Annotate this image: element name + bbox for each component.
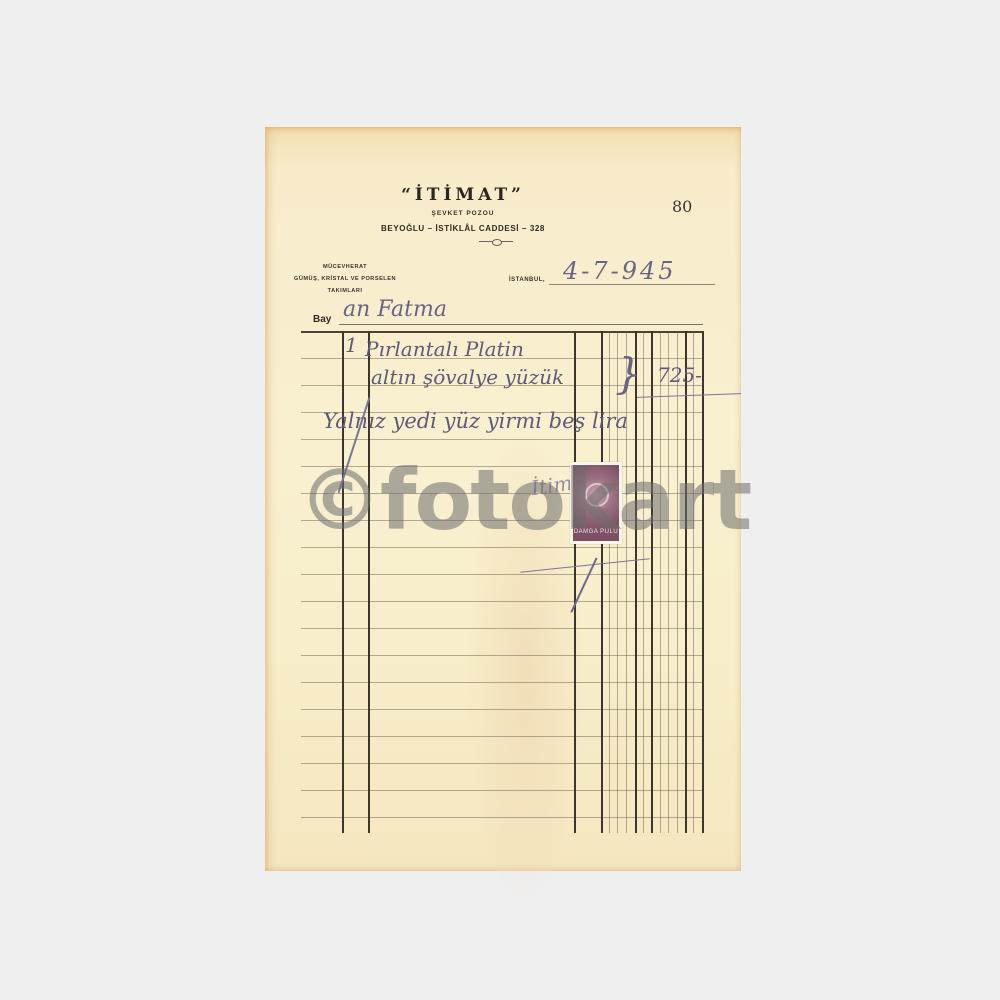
document-number: 80	[672, 197, 692, 216]
column-line	[635, 331, 637, 833]
column-subline	[643, 331, 644, 833]
column-line	[601, 331, 603, 833]
column-subline	[677, 331, 678, 833]
business-lines: MÜCEVHERAT GÜMÜŞ, KRİSTAL VE PORSELEN TA…	[275, 261, 415, 297]
item-description-line1: Pırlantalı Platin	[365, 337, 524, 361]
revenue-stamp: DAMGA PULU	[570, 462, 622, 544]
handwritten-recipient: an Fatma	[343, 297, 447, 322]
company-owner: ŞEVKET POZOU	[225, 210, 701, 217]
column-subline	[693, 331, 694, 833]
brace-mark: }	[615, 349, 642, 398]
crescent-star-emblem-icon	[585, 483, 609, 507]
column-line	[368, 331, 370, 833]
company-address: BEYOĞLU – İSTİKLÂL CADDESİ – 328	[225, 224, 701, 233]
recipient-label: Bay	[313, 314, 331, 325]
item-amount: 725-	[657, 363, 702, 387]
company-name: “İTİMAT”	[225, 185, 701, 205]
handwritten-date: 4-7-945	[563, 257, 677, 285]
paper-stain	[465, 427, 585, 907]
column-subline	[626, 331, 627, 833]
column-line	[651, 331, 653, 833]
item-description-line2: altın şövalye yüzük	[371, 365, 564, 389]
column-subline	[617, 331, 618, 833]
column-line	[685, 331, 687, 833]
stamp-image: DAMGA PULU	[573, 465, 619, 541]
column-subline	[609, 331, 610, 833]
signature-line	[520, 558, 649, 573]
invoice-document: “İTİMAT” ŞEVKET POZOU BEYOĞLU – İSTİKLÂL…	[265, 127, 741, 871]
business-line: TAKIMLARI	[275, 285, 415, 297]
stamp-text: DAMGA PULU	[573, 529, 619, 535]
column-line	[574, 331, 576, 833]
amount-in-words: Yalnız yedi yüz yirmi beş lira	[323, 409, 628, 433]
column-line	[702, 331, 704, 833]
column-subline	[668, 331, 669, 833]
column-subline	[660, 331, 661, 833]
business-line: GÜMÜŞ, KRİSTAL VE PORSELEN	[275, 273, 415, 285]
business-line: MÜCEVHERAT	[275, 261, 415, 273]
column-line	[342, 331, 344, 833]
city-label: İSTANBUL,	[509, 277, 545, 283]
recipient-line	[339, 324, 703, 325]
ornament-divider	[479, 241, 513, 242]
item-quantity: 1	[345, 333, 358, 357]
